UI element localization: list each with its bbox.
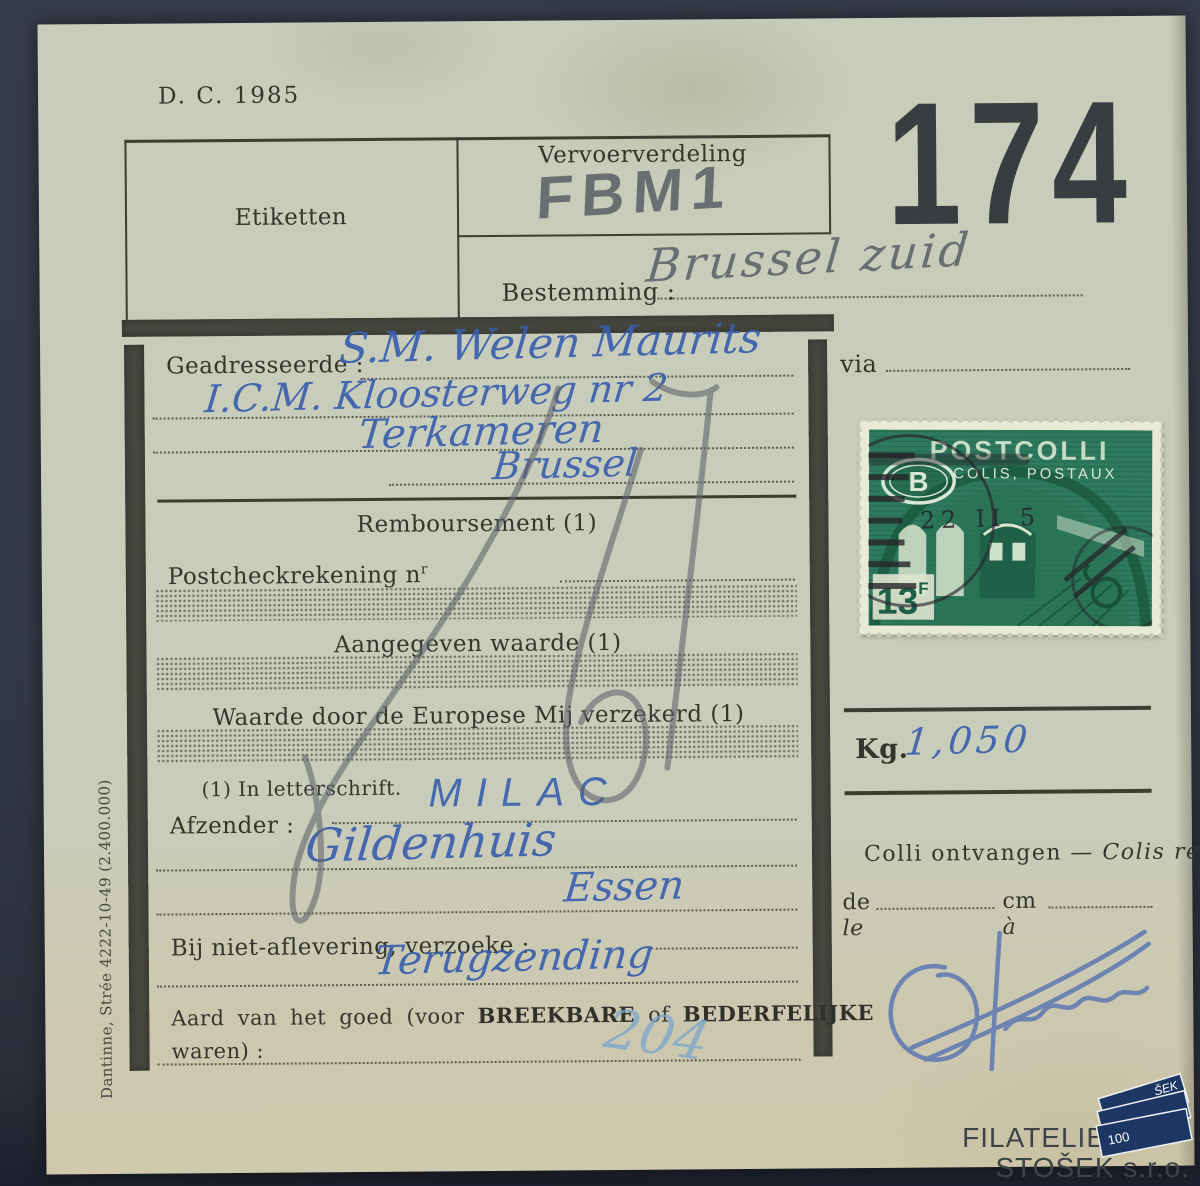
receiver-signature (890, 932, 1150, 1070)
watermark-line1: FILATELIE (962, 1122, 1106, 1154)
handwriting-overlay (38, 16, 1195, 1175)
pencil-scrawl-67 (288, 381, 720, 921)
form-paper: D. C. 1985 Etiketten Vervoerverdeling FB… (38, 16, 1195, 1175)
scanned-parcel-form: D. C. 1985 Etiketten Vervoerverdeling FB… (0, 0, 1200, 1186)
watermark-cheque-stack-icon: ŠEK 100 (1092, 1078, 1200, 1174)
